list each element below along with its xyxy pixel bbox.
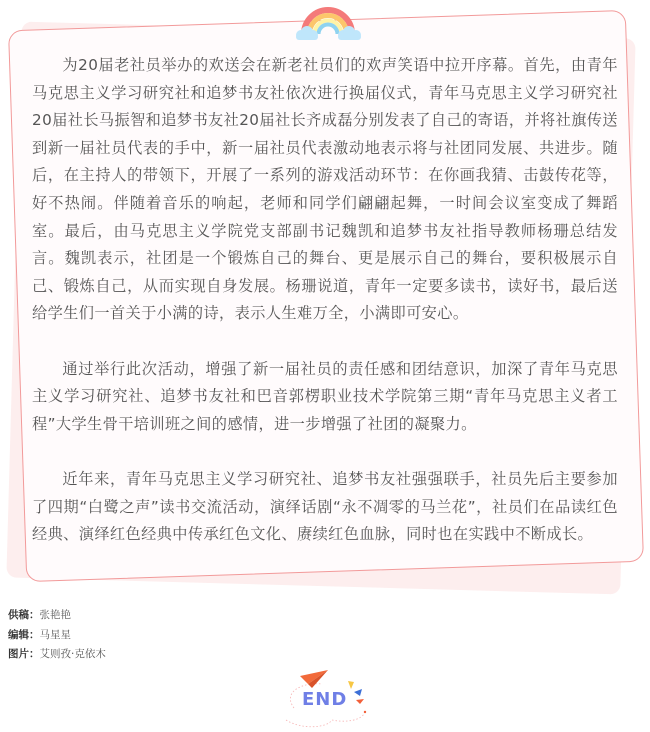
credit-label: 编辑： bbox=[8, 629, 40, 641]
article-paragraph: 为20届老社员举办的欢送会在新老社员们的欢声笑语中拉开序幕。首先，由青年马克思主… bbox=[32, 52, 618, 328]
credits: 供稿：张艳艳 编辑：马星星 图片：艾则孜·克依木 bbox=[8, 606, 106, 665]
credit-photo: 图片：艾则孜·克依木 bbox=[8, 645, 106, 665]
article-paragraph: 近年来，青年马克思主义学习研究社、追梦书友社强强联手，社员先后主要参加了四期“白… bbox=[32, 466, 618, 549]
article-paragraph: 通过举行此次活动，增强了新一届社员的责任感和团结意识，加深了青年马克思主义学习研… bbox=[32, 356, 618, 439]
credit-value: 张艳艳 bbox=[40, 609, 72, 621]
article-card-container: 为20届老社员举办的欢送会在新老社员们的欢声笑语中拉开序幕。首先，由青年马克思主… bbox=[0, 0, 650, 610]
credit-label: 图片： bbox=[8, 648, 40, 660]
credit-value: 马星星 bbox=[40, 629, 72, 641]
credit-label: 供稿： bbox=[8, 609, 40, 621]
article-body: 为20届老社员举办的欢送会在新老社员们的欢声笑语中拉开序幕。首先，由青年马克思主… bbox=[32, 52, 618, 576]
rainbow-cloud-icon bbox=[293, 6, 363, 42]
end-label: END bbox=[302, 689, 347, 710]
credit-contributor: 供稿：张艳艳 bbox=[8, 606, 106, 626]
credit-value: 艾则孜·克依木 bbox=[40, 648, 106, 660]
credit-editor: 编辑：马星星 bbox=[8, 626, 106, 646]
end-badge: END bbox=[272, 662, 380, 732]
